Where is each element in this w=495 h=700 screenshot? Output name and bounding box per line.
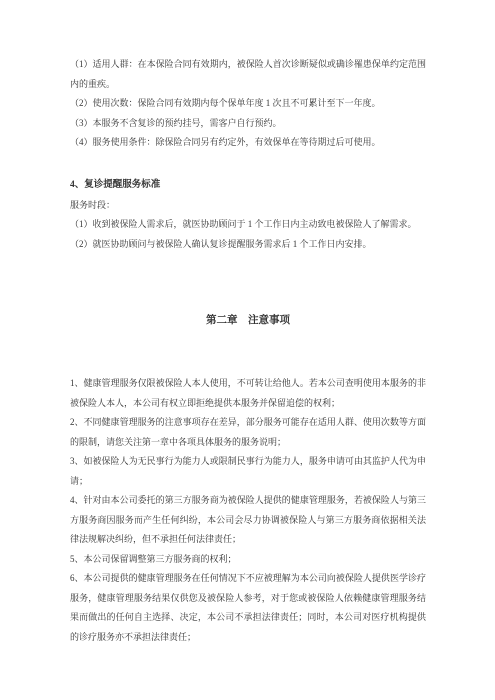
note-item-4: 4、针对由本公司委托的第三方服务商为被保险人提供的健康管理服务，若被保险人与第三… <box>70 491 426 550</box>
note-item-3: 3、如被保险人为无民事行为能力人或限制民事行为能力人，服务申请可由其监护人代为申… <box>70 452 426 491</box>
section-heading-followup-reminder: 4、复诊提醒服务标准 <box>70 176 426 196</box>
notes-section: 1、健康管理服务仅限被保险人本人使用，不可转让给他人。若本公司查明使用本服务的非… <box>70 374 426 647</box>
clause-no-followup-booking: （3）本服务不含复诊的预约挂号，需客户自行预约。 <box>70 114 426 134</box>
note-item-5: 5、本公司保留调整第三方服务商的权利； <box>70 550 426 570</box>
document-content: （1）适用人群：在本保险合同有效期内，被保险人首次诊断疑似或确诊罹患保单约定范围… <box>70 55 426 647</box>
service-period-item-1: （1）收到被保险人需求后，就医协助顾问于 1 个工作日内主动致电被保险人了解需求… <box>70 215 426 235</box>
note-item-6: 6、本公司提供的健康管理服务在任何情况下不应被理解为本公司向被保险人提供医学诊疗… <box>70 569 426 647</box>
document-page: （1）适用人群：在本保险合同有效期内，被保险人首次诊断疑似或确诊罹患保单约定范围… <box>0 0 495 700</box>
note-item-2: 2、不同健康管理服务的注意事项存在差异，部分服务可能存在适用人群、使用次数等方面… <box>70 413 426 452</box>
note-item-1: 1、健康管理服务仅限被保险人本人使用，不可转让给他人。若本公司查明使用本服务的非… <box>70 374 426 413</box>
clause-applicable-group: （1）适用人群：在本保险合同有效期内，被保险人首次诊断疑似或确诊罹患保单约定范围… <box>70 55 426 94</box>
service-period-item-2: （2）就医协助顾问与被保险人确认复诊提醒服务需求后 1 个工作日内安排。 <box>70 235 426 255</box>
service-period-label: 服务时段： <box>70 196 426 216</box>
chapter2-heading: 第二章 注意事项 <box>70 311 426 331</box>
clause-usage-count: （2）使用次数：保险合同有效期内每个保单年度 1 次且不可累计至下一年度。 <box>70 94 426 114</box>
clause-usage-conditions: （4）服务使用条件：除保险合同另有约定外，有效保单在等待期过后可使用。 <box>70 133 426 153</box>
